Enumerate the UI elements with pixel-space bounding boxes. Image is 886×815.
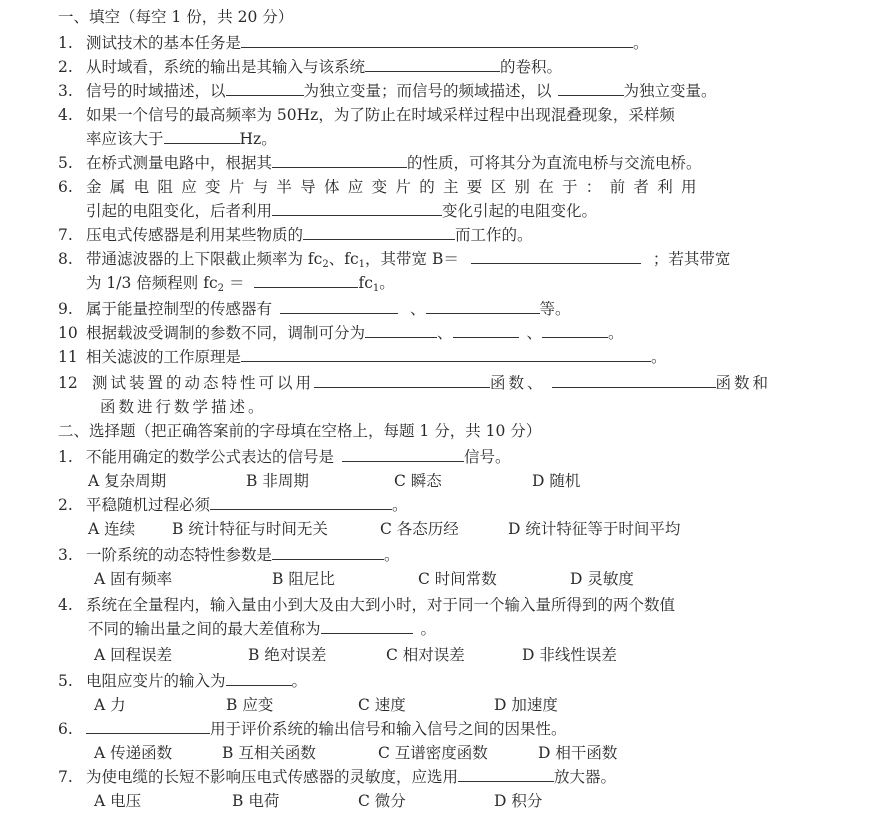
option-c[interactable]: C 相对误差	[386, 644, 465, 666]
choice-question-6: 6.用于评价系统的输出信号和输入信号之间的因果性。	[58, 718, 567, 740]
answer-blank[interactable]	[342, 446, 464, 462]
question-text: 为独立变量；而信号的频域描述，以	[304, 82, 552, 100]
question-number: 5.	[58, 152, 86, 174]
answer-blank[interactable]	[542, 322, 608, 338]
question-text: 从时域看，系统的输出是其输入与该系统	[86, 58, 365, 76]
question-end: 的性质，可将其分为直流电桥与交流电桥。	[407, 154, 702, 172]
answer-blank[interactable]	[280, 298, 398, 314]
separator: 、	[410, 300, 426, 318]
question-number: 1.	[58, 446, 86, 468]
answer-blank[interactable]	[365, 322, 437, 338]
question-text: 为使电缆的长短不影响压电式传感器的灵敏度，应选用	[86, 768, 458, 786]
question-text: ＝	[224, 274, 244, 292]
choice-question-4: 4.系统在全量程内，输入量由小到大及由大到小时，对于同一个输入量所得到的两个数值	[58, 594, 675, 616]
question-end: 。	[392, 496, 408, 514]
option-a[interactable]: A 固有频率	[94, 568, 172, 590]
question-number: 4.	[58, 594, 86, 616]
question-text: 根据载波受调制的参数不同，调制可分为	[86, 324, 365, 342]
question-end: 。	[608, 324, 624, 342]
option-b[interactable]: B 电荷	[232, 790, 279, 812]
answer-blank[interactable]	[552, 372, 716, 388]
question-end: 为独立变量。	[624, 82, 717, 100]
option-a[interactable]: A 电压	[94, 790, 141, 812]
question-text: 率应该大于	[86, 130, 164, 148]
option-b[interactable]: B 应变	[226, 694, 273, 716]
option-c[interactable]: C 互谱密度函数	[378, 742, 488, 764]
question-number: 4.	[58, 104, 86, 126]
question-text: 在桥式测量电路中，根据其	[86, 154, 272, 172]
question-number: 7.	[58, 224, 86, 246]
answer-blank[interactable]	[272, 200, 442, 216]
question-end: 放大器。	[554, 768, 616, 786]
question-number: 6.	[58, 176, 86, 198]
question-text: 函数进行数学描述。	[100, 398, 267, 416]
fill-question-12-cont: 函数进行数学描述。	[100, 396, 267, 418]
question-number: 2.	[58, 56, 86, 78]
question-number: 2.	[58, 494, 86, 516]
question-number: 9.	[58, 298, 86, 320]
answer-blank[interactable]	[210, 494, 392, 510]
question-end: 变化引起的电阻变化。	[442, 202, 597, 220]
question-text: 、fc	[329, 250, 359, 268]
question-end: 。	[651, 348, 667, 366]
question-text: fc	[358, 274, 372, 292]
fill-question-4: 4.如果一个信号的最高频率为 50Hz，为了防止在时域采样过程中出现混叠现象，采…	[58, 104, 675, 126]
question-number: 1.	[58, 32, 86, 54]
option-a[interactable]: A 传递函数	[94, 742, 172, 764]
question-text: 属于能量控制型的传感器有	[86, 300, 272, 318]
question-text: 测试装置的动态特性可以用	[92, 374, 314, 392]
question-text: 信号的时域描述，以	[86, 82, 226, 100]
option-b[interactable]: B 阻尼比	[272, 568, 335, 590]
question-text: 金属电阻应变片与半导体应变片的主要区别在于：前者利用	[86, 178, 705, 196]
option-a[interactable]: A 连续	[88, 518, 135, 540]
option-d[interactable]: D 非线性误差	[522, 644, 617, 666]
answer-blank[interactable]	[241, 32, 633, 48]
question-text: 引起的电阻变化，后者利用	[86, 202, 272, 220]
question-end: 。	[292, 672, 308, 690]
question-number: 7.	[58, 766, 86, 788]
option-c[interactable]: C 速度	[358, 694, 406, 716]
answer-blank[interactable]	[272, 544, 384, 560]
question-number: 6.	[58, 718, 86, 740]
fill-question-9: 9.属于能量控制型的传感器有、等。	[58, 298, 571, 320]
fill-question-7: 7.压电式传感器是利用某些物质的而工作的。	[58, 224, 533, 246]
question-text: 函数、	[490, 374, 546, 392]
question-number: 3.	[58, 544, 86, 566]
question-number: 3.	[58, 80, 86, 102]
fill-question-8-cont: 为 1/3 倍频程则 fc2 ＝fc1。	[86, 272, 395, 294]
option-d[interactable]: D 积分	[494, 790, 542, 812]
question-text: 为 1/3 倍频程则 fc	[86, 274, 218, 292]
option-d[interactable]: D 随机	[532, 470, 580, 492]
question-text: 测试技术的基本任务是	[86, 34, 241, 52]
question-end: 等。	[540, 300, 571, 318]
question-end: 的卷积。	[500, 58, 562, 76]
choice-question-3: 3.一阶系统的动态特性参数是。	[58, 544, 400, 566]
section-2-title: 二、选择题（把正确答案前的字母填在空格上，每题 1 分，共 10 分）	[58, 420, 541, 442]
option-d[interactable]: D 加速度	[494, 694, 558, 716]
question-end: 信号。	[464, 448, 511, 466]
option-c[interactable]: C 微分	[358, 790, 406, 812]
separator: 、	[437, 324, 453, 342]
answer-blank[interactable]	[303, 224, 455, 240]
answer-blank[interactable]	[86, 718, 210, 734]
fill-question-11: 11相关滤波的工作原理是。	[58, 346, 667, 368]
answer-blank[interactable]	[453, 322, 519, 338]
question-text: 如果一个信号的最高频率为 50Hz，为了防止在时域采样过程中出现混叠现象，采样频	[86, 106, 675, 124]
option-a[interactable]: A 回程误差	[94, 644, 172, 666]
answer-blank[interactable]	[321, 618, 413, 634]
fill-question-6-cont: 引起的电阻变化，后者利用变化引起的电阻变化。	[86, 200, 597, 222]
answer-blank[interactable]	[314, 372, 490, 388]
question-end: 。	[633, 34, 649, 52]
question-text: 带通滤波器的上下限截止频率为 fc	[86, 250, 322, 268]
option-b[interactable]: B 绝对误差	[248, 644, 326, 666]
answer-blank[interactable]	[254, 272, 358, 288]
question-end: ；若其带宽	[653, 250, 731, 268]
question-text: ，其带宽 B＝	[365, 250, 459, 268]
fill-question-1: 1.测试技术的基本任务是。	[58, 32, 649, 54]
separator: 、	[527, 324, 543, 342]
option-c[interactable]: C 各态历经	[380, 518, 459, 540]
question-text: 平稳随机过程必须	[86, 496, 210, 514]
answer-blank[interactable]	[272, 152, 407, 168]
question-text: 不能用确定的数学公式表达的信号是	[86, 448, 334, 466]
answer-blank[interactable]	[164, 128, 240, 144]
question-number: 10	[58, 322, 86, 344]
question-number: 5.	[58, 670, 86, 692]
question-text: 系统在全量程内，输入量由小到大及由大到小时，对于同一个输入量所得到的两个数值	[86, 596, 675, 614]
choice-question-4-cont: 不同的输出量之间的最大差值称为。	[88, 618, 436, 640]
question-end: 。	[379, 274, 395, 292]
option-d[interactable]: D 相干函数	[538, 742, 617, 764]
question-end: Hz。	[240, 130, 277, 148]
answer-blank[interactable]	[226, 80, 304, 96]
choice-question-5: 5.电阻应变片的输入为。	[58, 670, 307, 692]
answer-blank[interactable]	[426, 298, 540, 314]
fill-question-8: 8.带通滤波器的上下限截止频率为 fc2、fc1，其带宽 B＝；若其带宽	[58, 248, 730, 270]
question-end: 。	[421, 620, 437, 638]
question-number: 8.	[58, 248, 86, 270]
option-a[interactable]: A 力	[94, 694, 126, 716]
option-c[interactable]: C 瞬态	[394, 470, 442, 492]
fill-question-6: 6.金属电阻应变片与半导体应变片的主要区别在于：前者利用	[58, 176, 705, 198]
answer-blank[interactable]	[471, 248, 641, 264]
question-number: 11	[58, 346, 86, 368]
question-end: 函数和	[716, 374, 772, 392]
option-b[interactable]: B 互相关函数	[222, 742, 316, 764]
section-1-title: 一、填空（每空 1 份，共 20 分）	[58, 6, 293, 28]
question-text: 不同的输出量之间的最大差值称为	[88, 620, 321, 638]
question-end: 而工作的。	[455, 226, 533, 244]
answer-blank[interactable]	[226, 670, 292, 686]
question-text: 一阶系统的动态特性参数是	[86, 546, 272, 564]
answer-blank[interactable]	[365, 56, 500, 72]
fill-question-3: 3.信号的时域描述，以为独立变量；而信号的频域描述，以为独立变量。	[58, 80, 717, 102]
option-b[interactable]: B 统计特征与时间无关	[172, 518, 328, 540]
option-b[interactable]: B 非周期	[246, 470, 309, 492]
question-text: 相关滤波的工作原理是	[86, 348, 241, 366]
fill-question-12: 12测试装置的动态特性可以用函数、函数和	[58, 372, 771, 394]
choice-question-2: 2.平稳随机过程必须。	[58, 494, 408, 516]
option-d[interactable]: D 灵敏度	[570, 568, 634, 590]
answer-blank[interactable]	[558, 80, 624, 96]
question-number: 12	[58, 372, 92, 394]
question-text: 用于评价系统的输出信号和输入信号之间的因果性。	[210, 720, 567, 738]
option-c[interactable]: C 时间常数	[418, 568, 497, 590]
fill-question-2: 2.从时域看，系统的输出是其输入与该系统的卷积。	[58, 56, 562, 78]
answer-blank[interactable]	[241, 346, 651, 362]
answer-blank[interactable]	[458, 766, 554, 782]
choice-question-1: 1.不能用确定的数学公式表达的信号是信号。	[58, 446, 511, 468]
fill-question-5: 5.在桥式测量电路中，根据其的性质，可将其分为直流电桥与交流电桥。	[58, 152, 702, 174]
question-text: 电阻应变片的输入为	[86, 672, 226, 690]
question-text: 压电式传感器是利用某些物质的	[86, 226, 303, 244]
fill-question-10: 10根据载波受调制的参数不同，调制可分为、、。	[58, 322, 624, 344]
option-a[interactable]: A 复杂周期	[88, 470, 166, 492]
choice-question-7: 7.为使电缆的长短不影响压电式传感器的灵敏度，应选用放大器。	[58, 766, 616, 788]
fill-question-4-cont: 率应该大于Hz。	[86, 128, 277, 150]
question-end: 。	[384, 546, 400, 564]
option-d[interactable]: D 统计特征等于时间平均	[508, 518, 680, 540]
